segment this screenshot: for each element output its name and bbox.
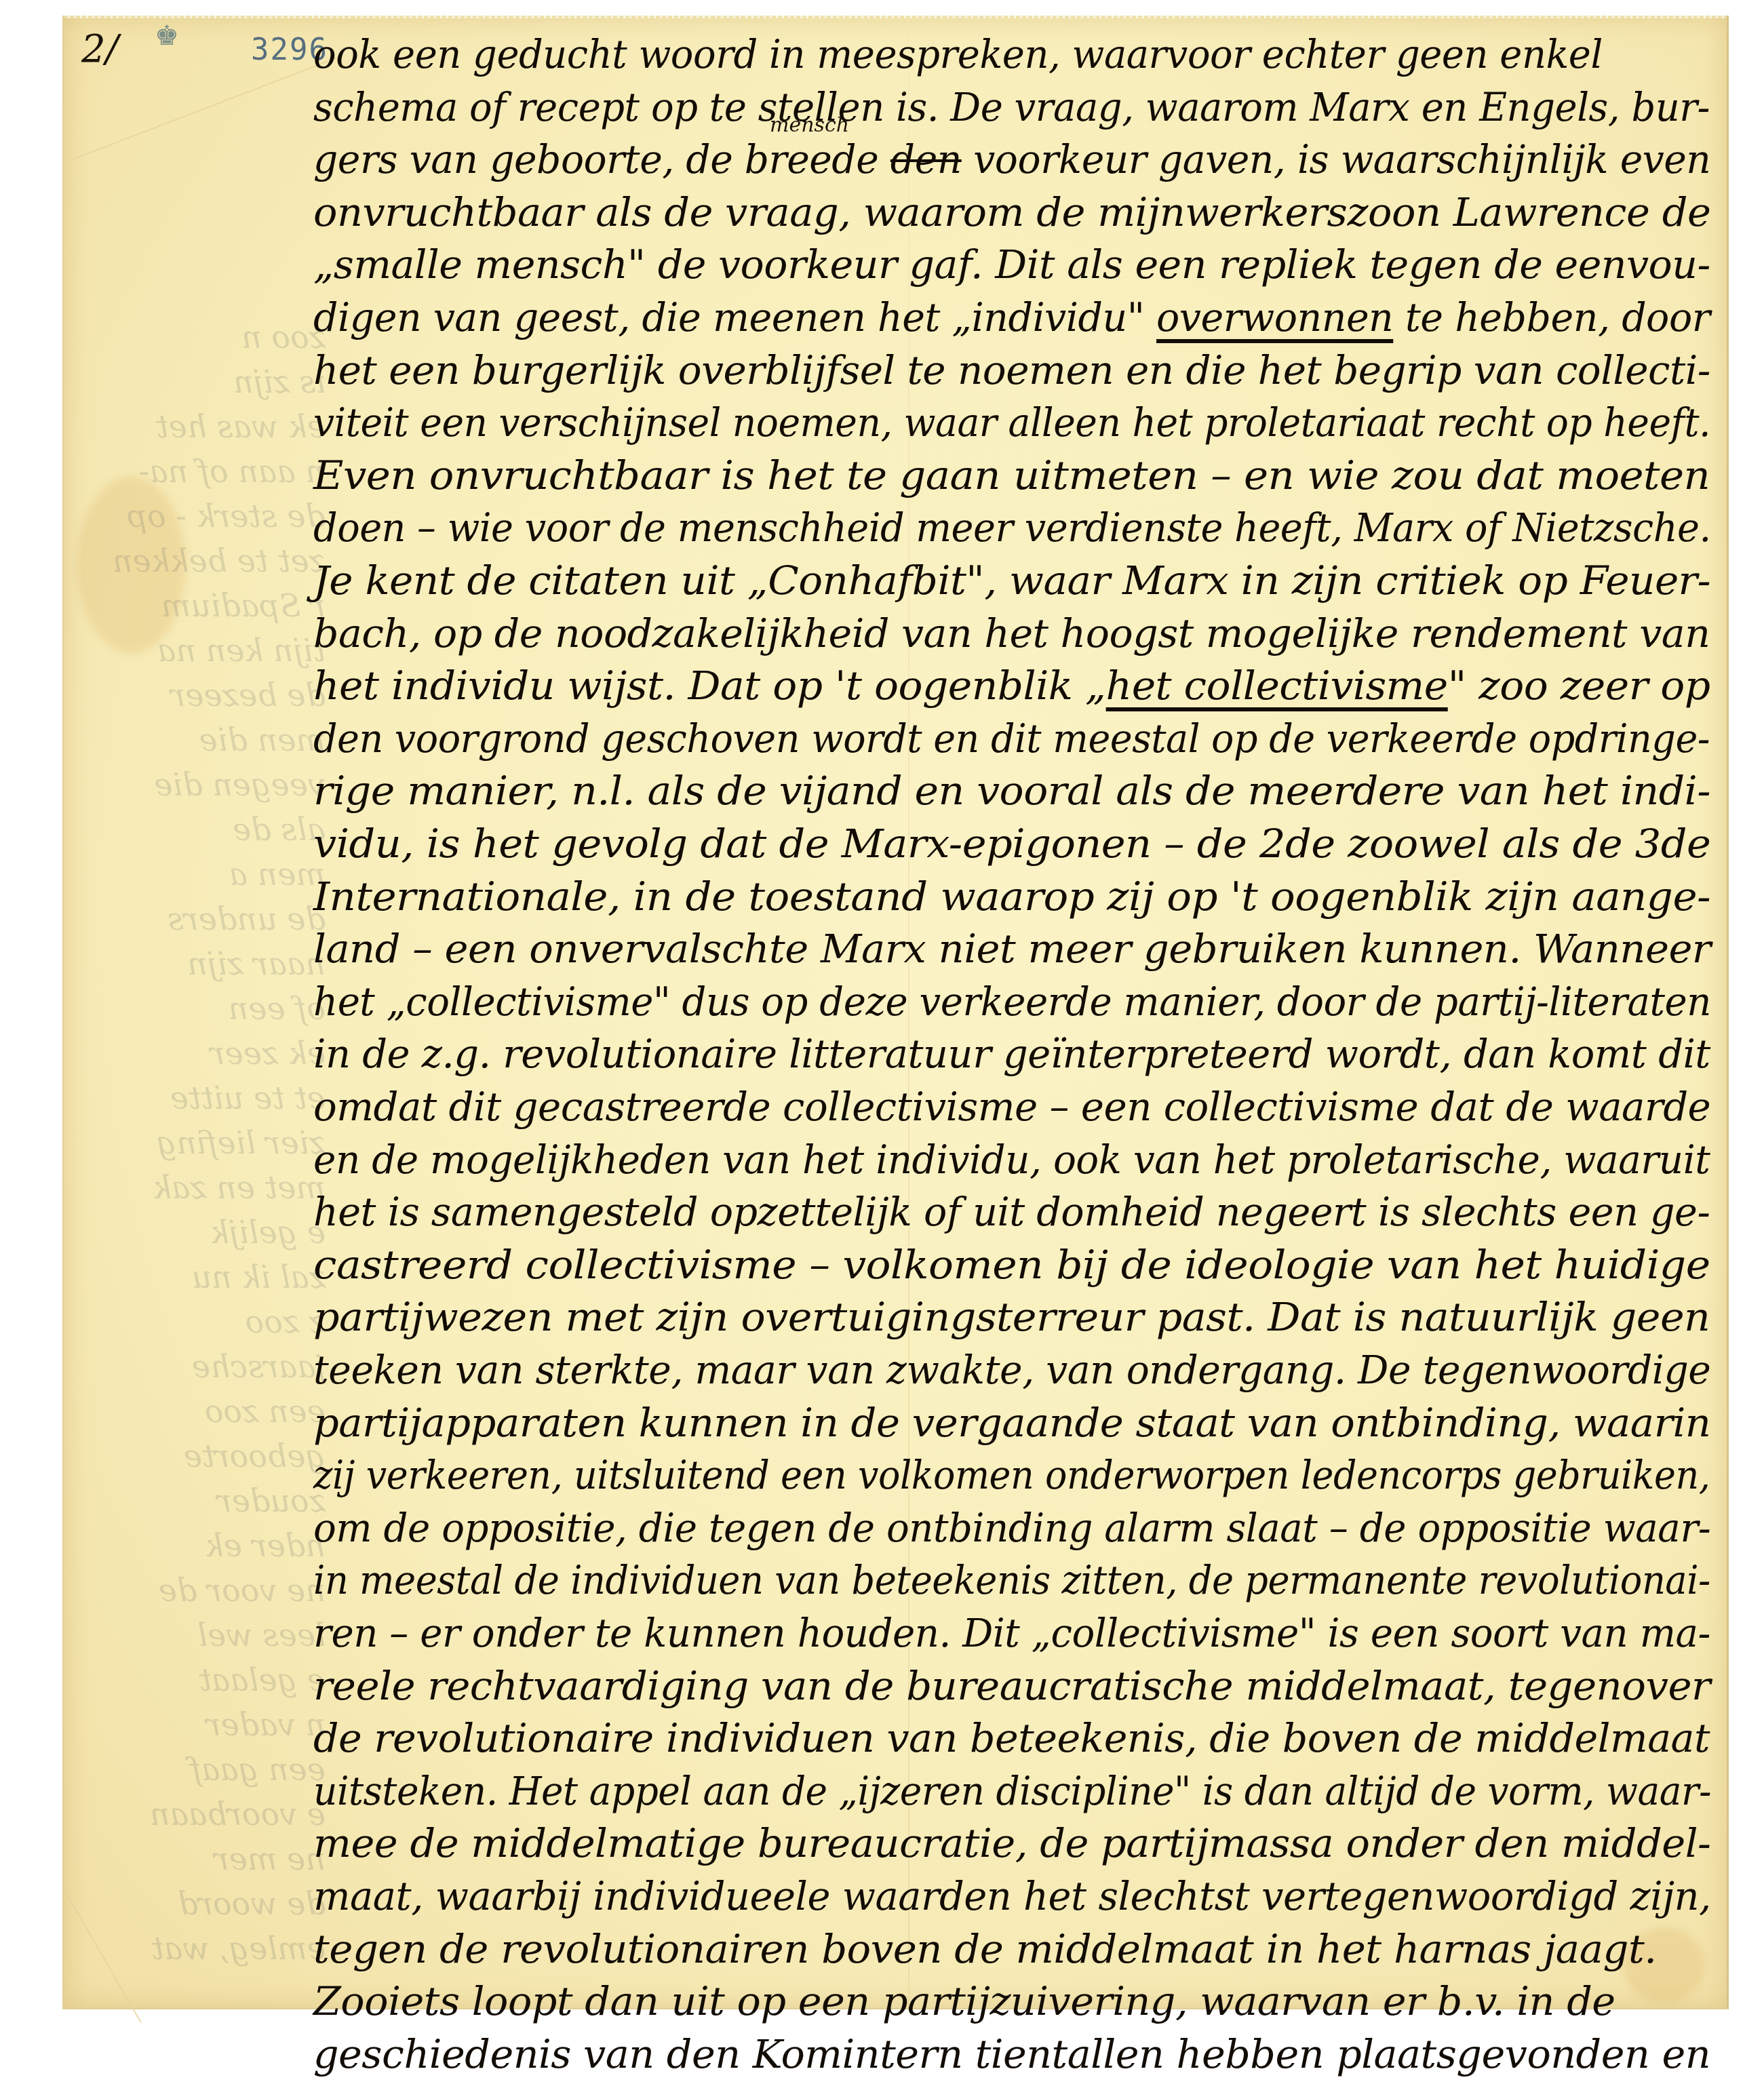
bleed-through-line: zouder [102,1482,326,1519]
manuscript-line: geschiedenis van den Komintern tientalle… [313,2031,1710,2077]
line-text: de revolutionaire individuen van beteeke… [313,1715,1710,1761]
bleed-through-line: emleg, wat [102,1930,326,1967]
manuscript-line: in de z.g. revolutionaire litteratuur ge… [313,1031,1710,1077]
manuscript-line: Zooiets loopt dan uit op een partijzuive… [313,1978,1615,2024]
bleed-through-line: tijn ken na [102,632,326,669]
manuscript-line: en de mogelijkheden van het individu, oo… [313,1137,1710,1183]
manuscript-line: zij verkeeren, uitsluitend een volkomen … [313,1452,1710,1498]
manuscript-line: de revolutionaire individuen van beteeke… [313,1715,1710,1761]
line-text: Je kent de citaten uit „Conhafbit", waar… [313,557,1710,604]
manuscript-line: digen van geest, die meenen het „individ… [313,294,1710,340]
bleed-through-line: zier liefing [102,1124,326,1161]
underlined-text: het collectivisme [1106,663,1448,709]
manuscript-line: doen – wie voor de menschheid meer verdi… [313,505,1711,551]
manuscript-line: den voorgrond geschoven wordt en dit mee… [313,715,1710,762]
bleed-through-line: is zijn [102,363,326,400]
line-text: doen – wie voor de menschheid meer verdi… [313,505,1711,551]
bleed-through-line: ek was het [102,408,326,445]
bleed-through-line: e gelaat [102,1662,326,1698]
manuscript-line: gers van geboorte, de breede den voorkeu… [313,136,1710,182]
line-text: uitsteken. Het appel aan de „ijzeren dis… [313,1768,1711,1814]
line-text: maat, waarbij individueele waarden het s… [313,1873,1711,1919]
manuscript-line: om de oppositie, die tegen de ontbinding… [313,1505,1710,1551]
manuscript-line: vidu, is het gevolg dat de Marx-epigonen… [313,821,1710,867]
manuscript-line: in meestal de individuen van beteekenis … [313,1557,1710,1603]
line-text: vidu, is het gevolg dat de Marx-epigonen… [313,821,1710,867]
line-text: omdat dit gecastreerde collectivisme – e… [313,1084,1710,1130]
bleed-through-line: r Spadium [102,587,326,624]
bleed-through-line: een gaaf [102,1751,326,1788]
bleed-through-line: z zoo [102,1303,326,1340]
line-text: zij verkeeren, uitsluitend een volkomen … [313,1452,1710,1498]
manuscript-line: tegen de revolutionairen boven de middel… [313,1926,1657,1972]
bleed-through-line: nder ek [102,1527,326,1564]
bleed-through-line: zet te bekken [102,543,326,579]
page-number: 2/ [81,27,119,71]
manuscript-line: mee de middelmatige bureaucratie, de par… [313,1820,1710,1866]
line-text: teeken van sterkte, maar van zwakte, van… [313,1347,1710,1393]
manuscript-line: uitsteken. Het appel aan de „ijzeren dis… [313,1768,1711,1814]
line-text: ook een geducht woord in meespreken, waa… [313,31,1603,77]
line-text: bach, op de noodzakelijkheid van het hoo… [313,610,1710,656]
line-text: het is samengesteld opzettelijk of uit d… [313,1189,1710,1235]
manuscript-line: het „collectivisme" dus op deze verkeerd… [313,979,1711,1025]
line-text: reele rechtvaardiging van de bureaucrati… [313,1663,1710,1709]
line-text: partijwezen met zijn overtuigingsterreur… [313,1294,1710,1340]
line-text: gers van geboorte, de breede [313,136,890,182]
manuscript-line: onvruchtbaar als de vraag, waarom de mij… [313,189,1710,235]
bleed-through-line: ne voor de [102,1572,326,1609]
manuscript-line: omdat dit gecastreerde collectivisme – e… [313,1084,1710,1130]
manuscript-line: Je kent de citaten uit „Conhafbit", waar… [313,557,1710,604]
bleed-through-line: een zoo [102,1393,326,1430]
bleed-through-line: de woord [102,1885,326,1922]
underlined-text: overwonnen [1156,294,1393,340]
bleed-through-line: n vader [102,1706,326,1743]
line-text: en de mogelijkheden van het individu, oo… [313,1137,1710,1183]
manuscript-line: reele rechtvaardiging van de bureaucrati… [313,1663,1710,1709]
bleed-through-line: zal ik nu [102,1259,326,1295]
line-text: castreerd collectivisme – volkomen bij d… [313,1242,1710,1288]
manuscript-line: teeken van sterkte, maar van zwakte, van… [313,1347,1710,1393]
manuscript-line: rige manier, n.l. als de vijand en voora… [313,768,1710,814]
line-text: onvruchtbaar als de vraag, waarom de mij… [313,189,1710,235]
line-text: te hebben, door [1393,294,1710,340]
manuscript-line: ook een geducht woord in meespreken, waa… [313,31,1603,77]
line-text: Zooiets loopt dan uit op een partijzuive… [313,1978,1615,2024]
line-text: in meestal de individuen van beteekenis … [313,1557,1710,1603]
line-text: schema of recept op te stellen is. De vr… [313,84,1710,130]
manuscript-line: het is samengesteld opzettelijk of uit d… [313,1189,1710,1235]
line-text: digen van geest, die meenen het „individ… [313,294,1156,340]
line-text: Internationale, in de toestand waarop zi… [313,873,1710,920]
line-text: tegen de revolutionairen boven de middel… [313,1926,1657,1972]
bleed-through-line: de sterk - op [102,498,326,534]
manuscript-line: partijapparaten kunnen in de vergaande s… [313,1400,1710,1446]
manuscript-line: Internationale, in de toestand waarop zi… [313,873,1710,920]
line-text: partijapparaten kunnen in de vergaande s… [313,1400,1710,1446]
bleed-through-line: geboorte [102,1438,326,1474]
bleed-through-line: of een [102,990,326,1027]
bleed-through-line: naar zijn [102,945,326,982]
bleed-through-line: veegen die [102,766,326,803]
inserted-word: mensch [770,113,849,137]
bleed-through-line: men a [102,856,326,892]
line-text: het individu wijst. Dat op 't oogenblik … [313,663,1106,709]
bleed-through-line: jaarsche [102,1348,326,1385]
line-text: viteit een verschijnsel noemen, waar all… [313,399,1710,446]
bleed-through-line: zoo n [102,319,326,355]
archive-stamp-icon: ♚ [155,20,222,81]
line-text: „smalle mensch" de voorkeur gaf. Dit als… [313,241,1710,288]
manuscript-line: castreerd collectivisme – volkomen bij d… [313,1242,1710,1288]
line-text: ren – er onder te kunnen houden. Dit „co… [313,1610,1710,1656]
bleed-through-line: et te uitte [102,1080,326,1116]
bleed-through-line: de bezeer [102,677,326,713]
manuscript-line: maat, waarbij individueele waarden het s… [313,1873,1711,1919]
line-text: in de z.g. revolutionaire litteratuur ge… [313,1031,1710,1077]
bleed-through-line: lees wel [102,1617,326,1653]
bleed-through-line: e voorbaan [102,1796,326,1832]
manuscript-line: bach, op de noodzakelijkheid van het hoo… [313,610,1710,656]
bleed-through-line: e gelijk [102,1214,326,1251]
bleed-through-line: n aan of na- [102,453,326,490]
line-text: om de oppositie, die tegen de ontbinding… [313,1505,1710,1551]
bleed-through-line: de unders [102,901,326,937]
line-text: rige manier, n.l. als de vijand en voora… [313,768,1710,814]
bleed-through-line: ne mer [102,1841,326,1877]
line-text: Even onvruchtbaar is het te gaan uitmete… [313,452,1710,498]
line-text: mee de middelmatige bureaucratie, de par… [313,1820,1710,1866]
manuscript-line: het individu wijst. Dat op 't oogenblik … [313,663,1710,709]
manuscript-line: ren – er onder te kunnen houden. Dit „co… [313,1610,1710,1656]
line-text: het een burgerlijk overblijfsel te noeme… [313,347,1710,393]
manuscript-line: „smalle mensch" de voorkeur gaf. Dit als… [313,241,1710,288]
manuscript-line: het een burgerlijk overblijfsel te noeme… [313,347,1710,393]
bleed-through-line: ek zeer [102,1035,326,1072]
bleed-through-line: men die [102,722,326,758]
bleed-through-line: met en zak [102,1169,326,1206]
manuscript-line: partijwezen met zijn overtuigingsterreur… [313,1294,1710,1340]
line-text: " zoo zeer op [1448,663,1710,709]
line-text: geschiedenis van den Komintern tientalle… [313,2031,1710,2077]
bleed-through-line: als de [102,811,326,848]
manuscript-line: Even onvruchtbaar is het te gaan uitmete… [313,452,1710,498]
manuscript-line: schema of recept op te stellen is. De vr… [313,84,1710,130]
line-text: voorkeur gaven, is waarschijnlijk even [962,136,1711,182]
line-text: den voorgrond geschoven wordt en dit mee… [313,715,1710,762]
line-text: het „collectivisme" dus op deze verkeerd… [313,979,1711,1025]
manuscript-line: land – een onvervalschte Marx niet meer … [313,926,1711,972]
line-text: land – een onvervalschte Marx niet meer … [313,926,1711,972]
struck-text: den [890,136,962,182]
manuscript-line: viteit een verschijnsel noemen, waar all… [313,399,1710,446]
